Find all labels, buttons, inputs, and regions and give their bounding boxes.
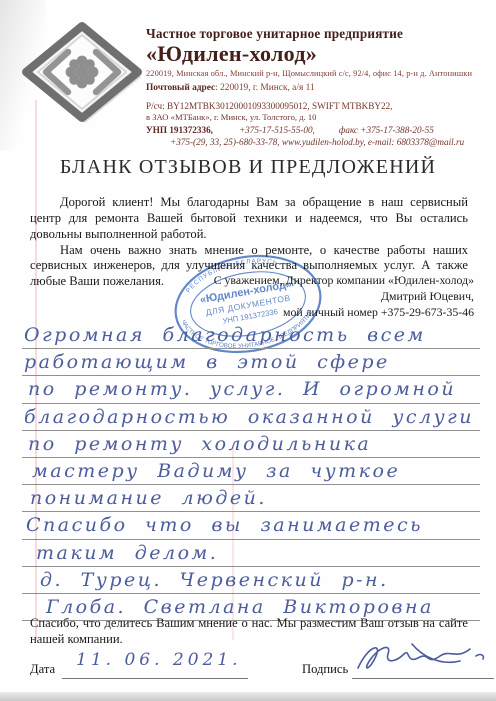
bank-name: в ЗАО «МТБанк», г. Минск, ул. Толстого, …	[146, 112, 482, 124]
scanned-feedback-form: Частное торговое унитарное предприятие «…	[0, 0, 496, 701]
handwritten-date: 11. 06. 2021.	[62, 650, 248, 679]
handwritten-line: по ремонту холодильника	[22, 431, 480, 458]
handwritten-line: Огромная благодарность всем	[22, 322, 480, 349]
handwritten-line: по ремонту. услуг. И огромной	[22, 376, 480, 403]
postal-address: Почтовый адрес: 220019, г. Минск, а/я 11	[146, 83, 482, 93]
handwritten-line: понимание людей.	[22, 485, 480, 512]
contacts-line: +375-(29, 33, 25)-680-33-78, www.yudilen…	[146, 136, 482, 148]
date-label: Дата	[30, 662, 55, 677]
handwritten-line: Спасибо что вы занимаетесь	[22, 512, 480, 539]
unp-number: УНП 191372336,	[146, 125, 213, 135]
handwritten-line: благодарностью оказанной услуги	[22, 404, 480, 431]
date-signature-row: Дата 11. 06. 2021. Подпись	[30, 648, 468, 690]
signature-label: Подпись	[302, 662, 348, 677]
signature-field	[352, 636, 494, 679]
company-name: «Юдилен-холод»	[146, 42, 482, 66]
fax-number: факс +375-17-388-20-55	[339, 125, 434, 135]
handwritten-line: работающим в этой сфере	[22, 349, 480, 376]
letterhead: Частное торговое унитарное предприятие «…	[146, 26, 482, 148]
handwritten-review: Огромная благодарность всем работающим в…	[22, 322, 480, 621]
phone-number: +375-17-515-55-00,	[239, 125, 315, 135]
bank-account: Р/сч: BY12MTBK30120001093300095012, SWIF…	[146, 100, 482, 112]
bank-details: Р/сч: BY12MTBK30120001093300095012, SWIF…	[146, 100, 482, 149]
form-title: БЛАНК ОТЗЫВОВ И ПРЕДЛОЖЕНИЙ	[0, 156, 496, 179]
signature-scribble	[352, 636, 494, 678]
paragraph-1: Дорогой клиент! Мы благодарны Вам за обр…	[30, 195, 468, 243]
company-address: 220019, Минская обл., Минский р-н, Щомыс…	[146, 69, 482, 78]
company-type: Частное торговое унитарное предприятие	[146, 26, 482, 42]
company-logo	[22, 22, 144, 130]
postal-value: : 220019, г. Минск, а/я 11	[215, 83, 314, 93]
unp-phone-line: УНП 191372336,+375-17-515-55-00,факс +37…	[146, 124, 482, 136]
postal-label: Почтовый адрес	[146, 83, 215, 93]
handwritten-line: д. Турец. Червенский р-н.	[22, 567, 480, 594]
scan-edge	[0, 692, 496, 701]
handwritten-line: таким делом.	[22, 540, 480, 567]
handwritten-line: мастеру Вадиму за чуткое	[22, 458, 480, 485]
